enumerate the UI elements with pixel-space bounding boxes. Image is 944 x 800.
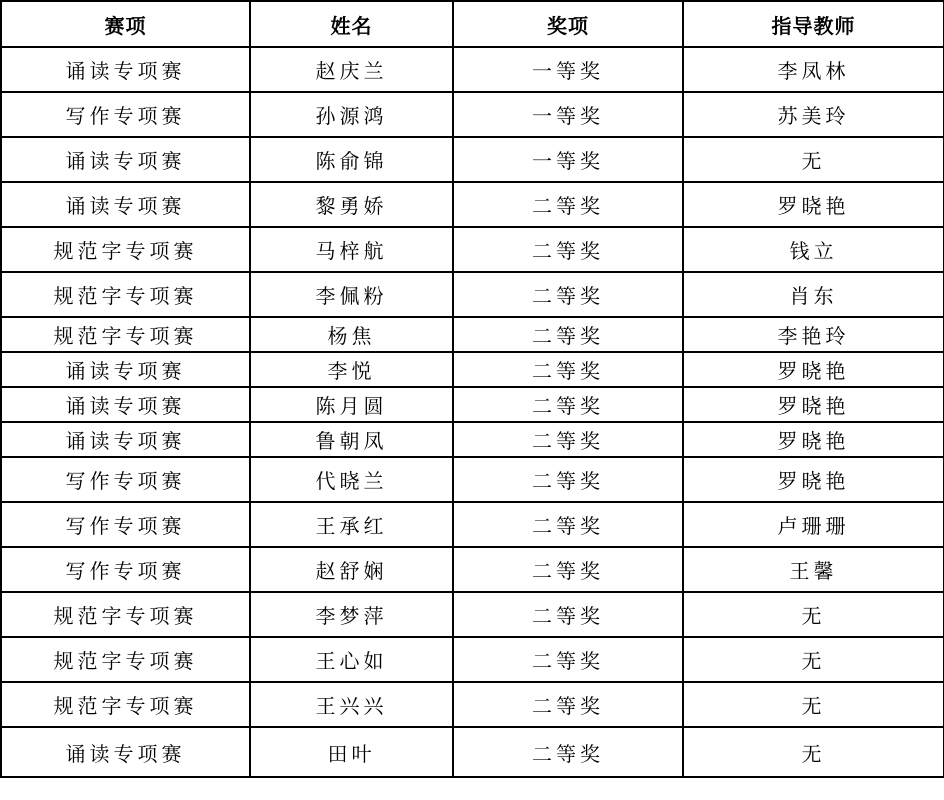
header-award: 奖项 — [453, 1, 683, 47]
cell-award: 二等奖 — [453, 317, 683, 352]
cell-name: 陈月圆 — [250, 387, 453, 422]
cell-event: 写作专项赛 — [1, 457, 250, 502]
cell-name: 赵舒娴 — [250, 547, 453, 592]
table-row: 写作专项赛王承红二等奖卢珊珊 — [1, 502, 944, 547]
cell-award: 二等奖 — [453, 387, 683, 422]
header-teacher: 指导教师 — [683, 1, 944, 47]
cell-award: 二等奖 — [453, 182, 683, 227]
cell-teacher: 罗晓艳 — [683, 422, 944, 457]
cell-teacher: 罗晓艳 — [683, 387, 944, 422]
cell-event: 规范字专项赛 — [1, 637, 250, 682]
cell-event: 诵读专项赛 — [1, 727, 250, 777]
cell-event: 规范字专项赛 — [1, 592, 250, 637]
cell-name: 孙源鸿 — [250, 92, 453, 137]
cell-teacher: 罗晓艳 — [683, 352, 944, 387]
cell-award: 二等奖 — [453, 547, 683, 592]
table-row: 诵读专项赛李悦二等奖罗晓艳 — [1, 352, 944, 387]
table-row: 诵读专项赛田叶二等奖无 — [1, 727, 944, 777]
cell-name: 王兴兴 — [250, 682, 453, 727]
table-row: 诵读专项赛黎勇娇二等奖罗晓艳 — [1, 182, 944, 227]
cell-award: 一等奖 — [453, 137, 683, 182]
cell-award: 二等奖 — [453, 502, 683, 547]
cell-teacher: 王馨 — [683, 547, 944, 592]
cell-teacher: 卢珊珊 — [683, 502, 944, 547]
cell-name: 杨焦 — [250, 317, 453, 352]
cell-name: 李梦萍 — [250, 592, 453, 637]
cell-award: 二等奖 — [453, 272, 683, 317]
cell-event: 写作专项赛 — [1, 502, 250, 547]
cell-award: 二等奖 — [453, 592, 683, 637]
cell-name: 鲁朝凤 — [250, 422, 453, 457]
cell-award: 二等奖 — [453, 637, 683, 682]
cell-event: 诵读专项赛 — [1, 47, 250, 92]
cell-event: 诵读专项赛 — [1, 422, 250, 457]
table-row: 诵读专项赛陈月圆二等奖罗晓艳 — [1, 387, 944, 422]
cell-award: 二等奖 — [453, 352, 683, 387]
table-row: 规范字专项赛王兴兴二等奖无 — [1, 682, 944, 727]
cell-award: 一等奖 — [453, 47, 683, 92]
cell-award: 二等奖 — [453, 422, 683, 457]
table-row: 诵读专项赛赵庆兰一等奖李凤林 — [1, 47, 944, 92]
cell-teacher: 无 — [683, 592, 944, 637]
cell-teacher: 苏美玲 — [683, 92, 944, 137]
cell-teacher: 罗晓艳 — [683, 457, 944, 502]
cell-teacher: 无 — [683, 682, 944, 727]
cell-event: 写作专项赛 — [1, 92, 250, 137]
cell-award: 二等奖 — [453, 457, 683, 502]
cell-teacher: 无 — [683, 727, 944, 777]
cell-name: 马梓航 — [250, 227, 453, 272]
cell-name: 李悦 — [250, 352, 453, 387]
cell-event: 规范字专项赛 — [1, 227, 250, 272]
cell-event: 规范字专项赛 — [1, 272, 250, 317]
table-row: 写作专项赛代晓兰二等奖罗晓艳 — [1, 457, 944, 502]
cell-event: 写作专项赛 — [1, 547, 250, 592]
table-row: 写作专项赛赵舒娴二等奖王馨 — [1, 547, 944, 592]
table-row: 规范字专项赛杨焦二等奖李艳玲 — [1, 317, 944, 352]
cell-event: 诵读专项赛 — [1, 137, 250, 182]
table-header-row: 赛项 姓名 奖项 指导教师 — [1, 1, 944, 47]
table-row: 规范字专项赛李梦萍二等奖无 — [1, 592, 944, 637]
cell-name: 陈俞锦 — [250, 137, 453, 182]
cell-teacher: 肖东 — [683, 272, 944, 317]
cell-event: 规范字专项赛 — [1, 317, 250, 352]
header-event: 赛项 — [1, 1, 250, 47]
cell-teacher: 李艳玲 — [683, 317, 944, 352]
header-name: 姓名 — [250, 1, 453, 47]
table-row: 规范字专项赛王心如二等奖无 — [1, 637, 944, 682]
table-row: 规范字专项赛李佩粉二等奖肖东 — [1, 272, 944, 317]
table-row: 规范字专项赛马梓航二等奖钱立 — [1, 227, 944, 272]
cell-award: 一等奖 — [453, 92, 683, 137]
cell-event: 诵读专项赛 — [1, 352, 250, 387]
cell-award: 二等奖 — [453, 682, 683, 727]
cell-teacher: 李凤林 — [683, 47, 944, 92]
cell-name: 黎勇娇 — [250, 182, 453, 227]
table-row: 诵读专项赛陈俞锦一等奖无 — [1, 137, 944, 182]
cell-name: 田叶 — [250, 727, 453, 777]
cell-event: 诵读专项赛 — [1, 387, 250, 422]
cell-teacher: 钱立 — [683, 227, 944, 272]
table-body: 诵读专项赛赵庆兰一等奖李凤林写作专项赛孙源鸿一等奖苏美玲诵读专项赛陈俞锦一等奖无… — [1, 47, 944, 777]
cell-award: 二等奖 — [453, 227, 683, 272]
cell-teacher: 罗晓艳 — [683, 182, 944, 227]
cell-name: 赵庆兰 — [250, 47, 453, 92]
table-row: 写作专项赛孙源鸿一等奖苏美玲 — [1, 92, 944, 137]
cell-event: 规范字专项赛 — [1, 682, 250, 727]
cell-name: 王承红 — [250, 502, 453, 547]
cell-award: 二等奖 — [453, 727, 683, 777]
cell-name: 代晓兰 — [250, 457, 453, 502]
cell-name: 王心如 — [250, 637, 453, 682]
awards-table: 赛项 姓名 奖项 指导教师 诵读专项赛赵庆兰一等奖李凤林写作专项赛孙源鸿一等奖苏… — [0, 0, 944, 778]
table-row: 诵读专项赛鲁朝凤二等奖罗晓艳 — [1, 422, 944, 457]
cell-name: 李佩粉 — [250, 272, 453, 317]
document-page: 赛项 姓名 奖项 指导教师 诵读专项赛赵庆兰一等奖李凤林写作专项赛孙源鸿一等奖苏… — [0, 0, 944, 800]
cell-teacher: 无 — [683, 137, 944, 182]
cell-teacher: 无 — [683, 637, 944, 682]
cell-event: 诵读专项赛 — [1, 182, 250, 227]
